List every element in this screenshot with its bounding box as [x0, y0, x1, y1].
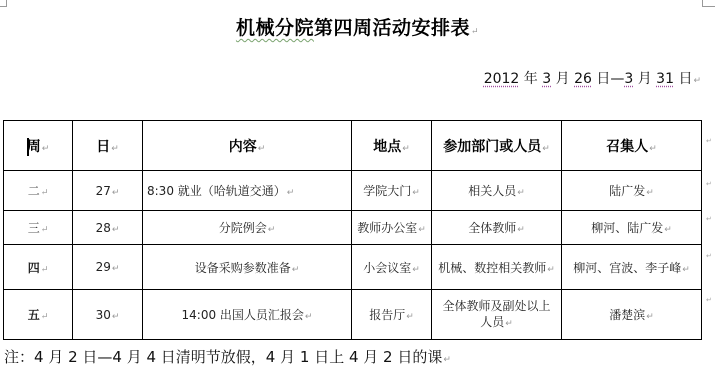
- cell-mark-icon: ↵: [412, 188, 420, 198]
- cell-convener[interactable]: 柳河、陆广发↵: [562, 211, 702, 245]
- cell-mark-icon: ↵: [402, 144, 410, 154]
- cell-mark-icon: ↵: [517, 225, 525, 235]
- cell-mark-icon: ↵: [646, 188, 654, 198]
- cell-mark-icon: ↵: [41, 312, 49, 322]
- cell-participants[interactable]: 机械、数控相关教师↵: [432, 245, 562, 290]
- header-participants[interactable]: 参加部门或人员↵: [432, 121, 562, 171]
- header-day[interactable]: 日↵: [73, 121, 143, 171]
- cell-mark-icon: ↵: [258, 144, 266, 154]
- cell-week[interactable]: 三↵: [4, 211, 73, 245]
- cell-convener[interactable]: 潘楚滨↵: [562, 290, 702, 340]
- note-prefix: 注：: [4, 348, 34, 366]
- cell-mark-icon: ↵: [418, 225, 426, 235]
- cell-location[interactable]: 学院大门↵: [352, 171, 432, 211]
- cell-convener[interactable]: 陆广发↵: [562, 171, 702, 211]
- cell-mark-icon: ↵: [42, 144, 50, 154]
- paragraph-mark-icon: ↵: [693, 76, 701, 86]
- cell-content[interactable]: 14:00 出国人员汇报会↵: [143, 290, 352, 340]
- cell-mark-icon: ↵: [111, 144, 119, 154]
- cell-mark-icon: ↵: [41, 225, 49, 235]
- cell-mark-icon: ↵: [112, 264, 120, 274]
- table-row: 三↵ 28↵ 分院例会↵ 教师办公室↵ 全体教师↵ 柳河、陆广发↵: [4, 211, 702, 245]
- cell-mark-icon: ↵: [542, 144, 550, 154]
- date-range[interactable]: 2012 年 3 月 26 日—3 月 31 日↵: [484, 68, 701, 88]
- schedule-table: 周↵ 日↵ 内容↵ 地点↵ 参加部门或人员↵ 召集人↵ 二↵ 27↵ 8:30 …: [3, 120, 702, 340]
- title-underlined-part: 机械分院: [236, 17, 314, 39]
- date-end-day: 31: [656, 71, 674, 87]
- row-end-mark-icon: ↵: [706, 215, 712, 223]
- cell-week[interactable]: 五↵: [4, 290, 73, 340]
- cell-day[interactable]: 28↵: [73, 211, 143, 245]
- row-end-mark-icon: ↵: [706, 296, 712, 304]
- cell-mark-icon: ↵: [412, 265, 420, 275]
- header-week[interactable]: 周↵: [4, 121, 73, 171]
- note-text: 4 月 2 日—4 月 4 日清明节放假，4 月 1 日上 4 月 2 日的课: [34, 348, 442, 366]
- cell-content[interactable]: 设备采购参数准备↵: [143, 245, 352, 290]
- cell-mark-icon: ↵: [41, 265, 49, 275]
- cell-day[interactable]: 30↵: [73, 290, 143, 340]
- cell-mark-icon: ↵: [292, 265, 300, 275]
- cell-mark-icon: ↵: [517, 188, 525, 198]
- cell-mark-icon: ↵: [41, 188, 49, 198]
- page-corner-mark: [702, 0, 715, 7]
- cell-participants[interactable]: 全体教师↵: [432, 211, 562, 245]
- date-end-month: 3: [624, 71, 633, 87]
- row-end-mark-icon: ↵: [706, 252, 712, 260]
- cell-mark-icon: ↵: [664, 225, 672, 235]
- cell-mark-icon: ↵: [547, 265, 555, 275]
- cell-mark-icon: ↵: [646, 312, 654, 322]
- header-convener[interactable]: 召集人↵: [562, 121, 702, 171]
- table-header-row: 周↵ 日↵ 内容↵ 地点↵ 参加部门或人员↵ 召集人↵: [4, 121, 702, 171]
- cell-convener[interactable]: 柳河、宫波、李子峰↵: [562, 245, 702, 290]
- row-end-mark-icon: ↵: [706, 180, 712, 188]
- paragraph-mark-icon: ↵: [443, 355, 451, 365]
- cell-participants[interactable]: 相关人员↵: [432, 171, 562, 211]
- cell-content[interactable]: 8:30 就业（哈轨道交通）↵: [143, 171, 352, 211]
- cell-mark-icon: ↵: [287, 188, 295, 198]
- table-row: 五↵ 30↵ 14:00 出国人员汇报会↵ 报告厅↵ 全体教师及副处以上人员↵ …: [4, 290, 702, 340]
- date-year: 2012: [484, 71, 520, 87]
- cell-week[interactable]: 四↵: [4, 245, 73, 290]
- cell-mark-icon: ↵: [268, 225, 276, 235]
- footnote[interactable]: 注：4 月 2 日—4 月 4 日清明节放假，4 月 1 日上 4 月 2 日的…: [4, 346, 451, 367]
- cell-week[interactable]: 二↵: [4, 171, 73, 211]
- date-start-month: 3: [542, 71, 551, 87]
- title-rest: 第四周活动安排表: [314, 17, 470, 39]
- header-location[interactable]: 地点↵: [352, 121, 432, 171]
- cell-mark-icon: ↵: [112, 188, 120, 198]
- cell-day[interactable]: 27↵: [73, 171, 143, 211]
- cell-mark-icon: ↵: [649, 144, 657, 154]
- table-row: 二↵ 27↵ 8:30 就业（哈轨道交通）↵ 学院大门↵ 相关人员↵ 陆广发↵: [4, 171, 702, 211]
- paragraph-mark-icon: ↵: [471, 27, 479, 37]
- cell-participants[interactable]: 全体教师及副处以上人员↵: [432, 290, 562, 340]
- cell-mark-icon: ↵: [305, 312, 313, 322]
- row-end-mark-icon: ↵: [706, 137, 712, 145]
- table-row: 四↵ 29↵ 设备采购参数准备↵ 小会议室↵ 机械、数控相关教师↵ 柳河、宫波、…: [4, 245, 702, 290]
- page-corner-mark: [0, 0, 7, 7]
- cell-mark-icon: ↵: [112, 312, 120, 322]
- cell-mark-icon: ↵: [112, 225, 120, 235]
- date-start-day: 26: [574, 71, 592, 87]
- cell-location[interactable]: 报告厅↵: [352, 290, 432, 340]
- cell-day[interactable]: 29↵: [73, 245, 143, 290]
- cell-mark-icon: ↵: [682, 265, 690, 275]
- cell-location[interactable]: 教师办公室↵: [352, 211, 432, 245]
- cell-mark-icon: ↵: [406, 312, 414, 322]
- cell-location[interactable]: 小会议室↵: [352, 245, 432, 290]
- cell-mark-icon: ↵: [505, 319, 513, 329]
- document-title[interactable]: 机械分院第四周活动安排表↵: [0, 13, 715, 40]
- header-content[interactable]: 内容↵: [143, 121, 352, 171]
- cell-content[interactable]: 分院例会↵: [143, 211, 352, 245]
